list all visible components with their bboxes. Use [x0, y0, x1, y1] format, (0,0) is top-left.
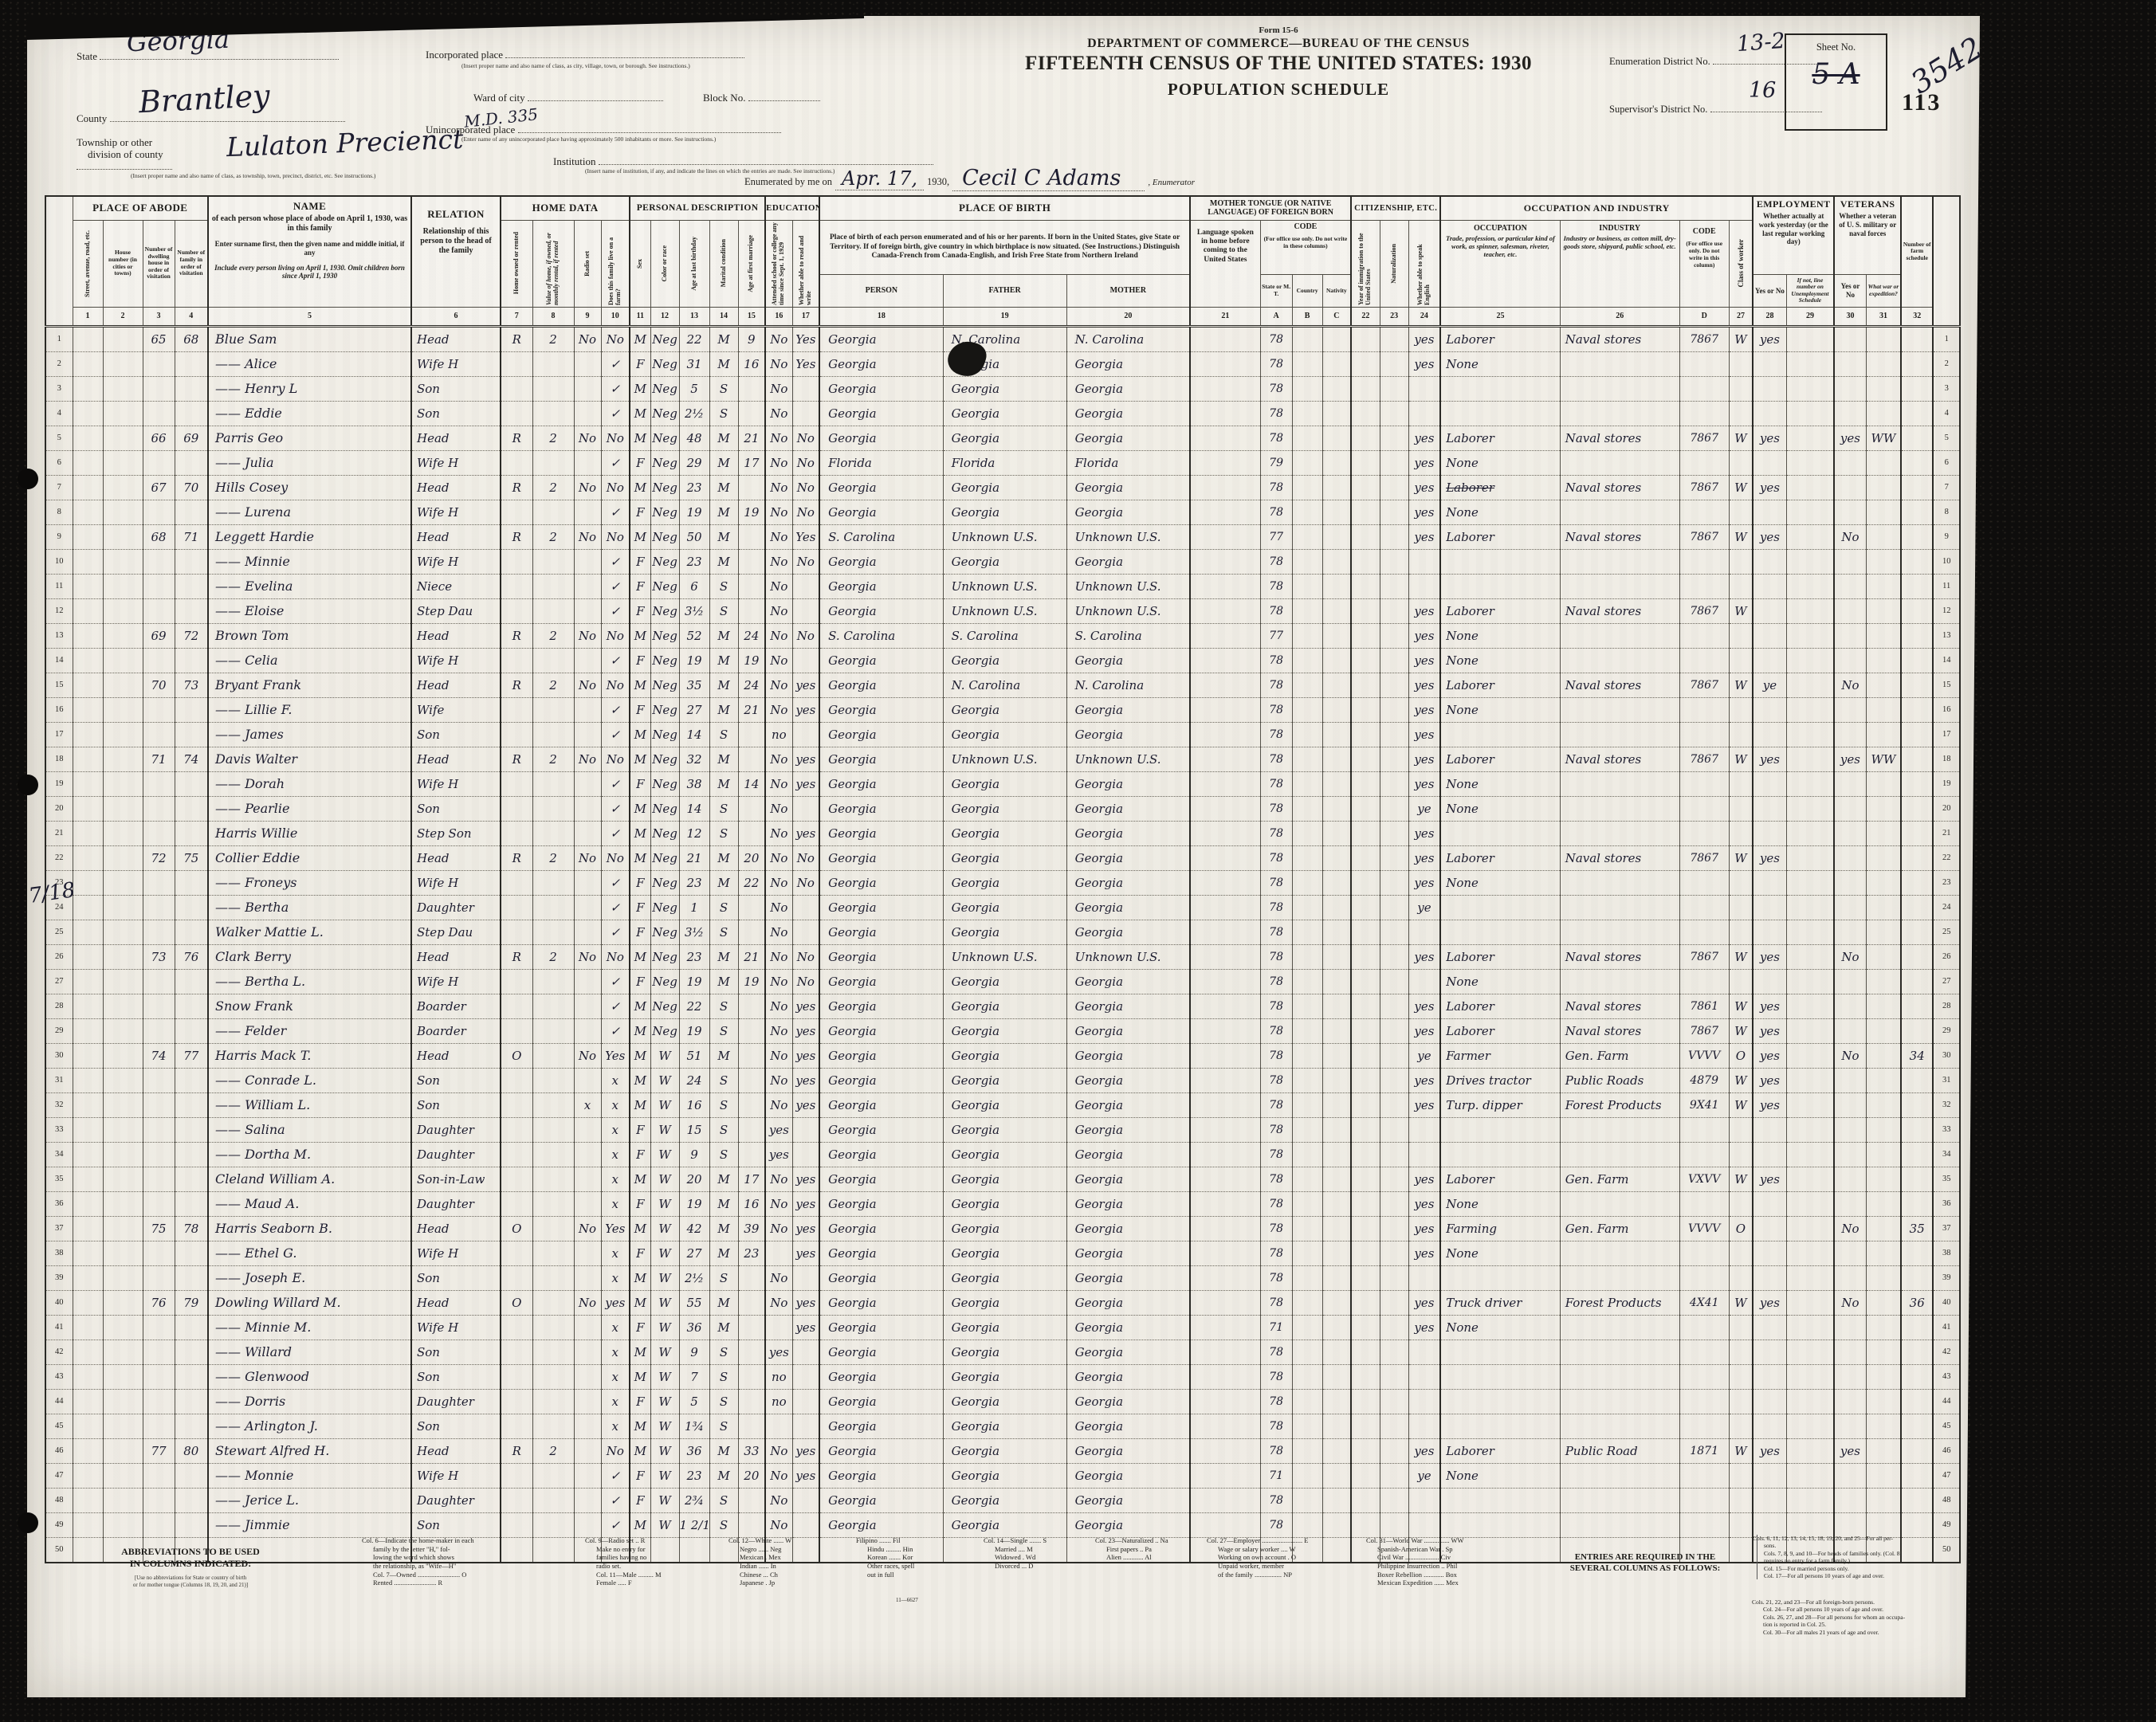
footnote-line: Filipino ....... Fil — [856, 1536, 914, 1545]
cell-relation: Head — [411, 1290, 501, 1315]
cell-relation: Daughter — [411, 1488, 501, 1512]
census-row: 24—— BerthaDaughter✓FNeg1SNoGeorgiaGeorg… — [45, 895, 1960, 920]
cell-cD — [1679, 1364, 1729, 1389]
cell-own — [501, 500, 532, 524]
cell-tongue — [1190, 771, 1260, 796]
cell-vet: yes — [1834, 747, 1866, 771]
cell-relation: Daughter — [411, 895, 501, 920]
cell-val — [532, 1043, 574, 1068]
cell-dw: 72 — [143, 845, 175, 870]
cell-pb: Georgia — [819, 845, 943, 870]
cell-fs — [1901, 1068, 1933, 1092]
cell-name: —— Minnie M. — [208, 1315, 411, 1340]
cell-fs — [1901, 1389, 1933, 1414]
cell-mb: Georgia — [1066, 475, 1190, 500]
line-number-right: 12 — [1933, 598, 1960, 623]
cell-age: 9 — [679, 1340, 709, 1364]
cell-dw — [143, 697, 175, 722]
footnote-line: tion is reported in Col. 25. — [1763, 1621, 1946, 1628]
cell-rw: yes — [792, 697, 819, 722]
cell-cB — [1292, 475, 1322, 500]
cell-uline — [1786, 598, 1834, 623]
cell-race: Neg — [650, 944, 679, 969]
cell-ind — [1560, 771, 1679, 796]
cell-pb: S. Carolina — [819, 623, 943, 648]
cell-sex: F — [630, 1463, 650, 1488]
cell-ind — [1560, 376, 1679, 401]
cell-val — [532, 1068, 574, 1092]
line-number-right: 9 — [1933, 524, 1960, 549]
department-title: DEPARTMENT OF COMMERCE—BUREAU OF THE CEN… — [920, 37, 1637, 51]
line-number-left: 29 — [45, 1018, 73, 1043]
cell-house — [103, 1167, 143, 1191]
cell-sex: F — [630, 870, 650, 895]
cell-imm — [1351, 1463, 1380, 1488]
cell-afm — [738, 1117, 765, 1142]
cell-mb: Georgia — [1066, 1018, 1190, 1043]
cell-afm — [738, 747, 765, 771]
cell-imm — [1351, 944, 1380, 969]
cell-mar: M — [709, 697, 738, 722]
cell-tongue — [1190, 673, 1260, 697]
cell-war — [1866, 969, 1901, 994]
cell-race: W — [650, 1488, 679, 1512]
cell-war — [1866, 722, 1901, 747]
cell-imm — [1351, 747, 1380, 771]
cell-house — [103, 1290, 143, 1315]
cell-cw — [1729, 1463, 1753, 1488]
cell-mar: S — [709, 401, 738, 426]
cell-sch: yes — [765, 1142, 792, 1167]
cell-st — [73, 1364, 103, 1389]
cell-eng: yes — [1408, 994, 1440, 1018]
cell-farm: x — [601, 1315, 630, 1340]
census-row: 25Walker Mattie L.Step Dau✓FNeg3½SNoGeor… — [45, 920, 1960, 944]
cell-sex: F — [630, 697, 650, 722]
cell-relation: Head — [411, 475, 501, 500]
cell-cw — [1729, 920, 1753, 944]
cell-cA: 78 — [1260, 1340, 1292, 1364]
cell-radio — [574, 598, 601, 623]
cell-fb: Unknown U.S. — [943, 747, 1066, 771]
cell-mar: S — [709, 994, 738, 1018]
cell-ind — [1560, 401, 1679, 426]
cell-uline — [1786, 1488, 1834, 1512]
cell-cB — [1292, 1315, 1322, 1340]
cell-relation: Son — [411, 796, 501, 821]
cell-st — [73, 351, 103, 376]
cell-fs — [1901, 771, 1933, 796]
cell-fb: Georgia — [943, 1364, 1066, 1389]
cell-name: —— Bertha — [208, 895, 411, 920]
cell-eng: yes — [1408, 1315, 1440, 1340]
cell-cw — [1729, 771, 1753, 796]
cell-pb: S. Carolina — [819, 524, 943, 549]
cell-imm — [1351, 524, 1380, 549]
cell-pb: Georgia — [819, 796, 943, 821]
line-number-right: 37 — [1933, 1216, 1960, 1241]
cell-sex: M — [630, 1340, 650, 1364]
cell-cB — [1292, 845, 1322, 870]
cell-cA: 78 — [1260, 796, 1292, 821]
cell-mar: M — [709, 326, 738, 351]
cell-pb: Georgia — [819, 1216, 943, 1241]
line-number-right: 45 — [1933, 1414, 1960, 1438]
cell-fb: Florida — [943, 450, 1066, 475]
cell-fs — [1901, 598, 1933, 623]
cell-fb: Unknown U.S. — [943, 598, 1066, 623]
sheet-number-box: Sheet No. 5 A — [1785, 33, 1887, 131]
cell-pb: Georgia — [819, 821, 943, 845]
cell-fb: Georgia — [943, 1438, 1066, 1463]
cell-sex: F — [630, 351, 650, 376]
column-number: 28 — [1753, 307, 1786, 326]
cell-mb: Georgia — [1066, 771, 1190, 796]
cell-sex: M — [630, 1438, 650, 1463]
cell-imm — [1351, 1018, 1380, 1043]
cell-afm: 23 — [738, 1241, 765, 1265]
cell-sch: No — [765, 648, 792, 673]
cell-st — [73, 771, 103, 796]
cell-house — [103, 747, 143, 771]
cell-fb: Georgia — [943, 1389, 1066, 1414]
cell-cB — [1292, 648, 1322, 673]
cell-cw — [1729, 697, 1753, 722]
cell-uline — [1786, 697, 1834, 722]
cell-mar: S — [709, 1018, 738, 1043]
line-number-left: 32 — [45, 1092, 73, 1117]
cell-rw: yes — [792, 1068, 819, 1092]
cell-house — [103, 870, 143, 895]
cell-imm — [1351, 326, 1380, 351]
cell-fb: Unknown U.S. — [943, 574, 1066, 598]
cell-war — [1866, 895, 1901, 920]
cell-tongue — [1190, 623, 1260, 648]
cell-ind: Public Roads — [1560, 1068, 1679, 1092]
cell-cw: W — [1729, 1290, 1753, 1315]
cell-house — [103, 969, 143, 994]
cell-cw — [1729, 1488, 1753, 1512]
cell-st — [73, 426, 103, 450]
cell-mar: S — [709, 376, 738, 401]
cell-work — [1753, 500, 1786, 524]
cell-fam: 79 — [175, 1290, 208, 1315]
cell-cC — [1322, 796, 1351, 821]
cell-vet — [1834, 1340, 1866, 1364]
cell-eng — [1408, 1364, 1440, 1389]
cell-cC — [1322, 598, 1351, 623]
cell-fb: Georgia — [943, 376, 1066, 401]
line-number-left: 39 — [45, 1265, 73, 1290]
cell-val: 2 — [532, 326, 574, 351]
cell-val — [532, 1414, 574, 1438]
cell-afm — [738, 1389, 765, 1414]
cell-house — [103, 944, 143, 969]
cell-fam — [175, 771, 208, 796]
cell-cB — [1292, 1117, 1322, 1142]
cell-fb: Georgia — [943, 1068, 1066, 1092]
cell-fb: Georgia — [943, 1142, 1066, 1167]
cell-eng: yes — [1408, 845, 1440, 870]
cell-race: Neg — [650, 994, 679, 1018]
cell-relation: Step Son — [411, 821, 501, 845]
cell-radio — [574, 500, 601, 524]
cell-race: Neg — [650, 1018, 679, 1043]
cell-tongue — [1190, 549, 1260, 574]
cell-house — [103, 1414, 143, 1438]
cell-dw — [143, 1389, 175, 1414]
cell-tongue — [1190, 1315, 1260, 1340]
cell-name: Snow Frank — [208, 994, 411, 1018]
census-row: 48—— Jerice L.Daughter✓FW2¾SNoGeorgiaGeo… — [45, 1488, 1960, 1512]
cell-age: 32 — [679, 747, 709, 771]
cell-house — [103, 895, 143, 920]
cell-house — [103, 722, 143, 747]
cell-cD: VVVV — [1679, 1043, 1729, 1068]
cell-race: W — [650, 1117, 679, 1142]
line-number-left: 8 — [45, 500, 73, 524]
cell-eng: yes — [1408, 598, 1440, 623]
cell-work — [1753, 549, 1786, 574]
cell-st — [73, 500, 103, 524]
cell-occ: None — [1440, 648, 1560, 673]
cell-imm — [1351, 598, 1380, 623]
footnote-line: First papers .. Pa — [1106, 1545, 1168, 1554]
cell-sch: No — [765, 673, 792, 697]
cell-relation: Head — [411, 524, 501, 549]
cell-pb: Georgia — [819, 426, 943, 450]
cell-vet — [1834, 1414, 1866, 1438]
cell-house — [103, 351, 143, 376]
cell-cw — [1729, 401, 1753, 426]
footnote-line: Civil War .................... Civ — [1377, 1553, 1464, 1562]
cell-sex: F — [630, 895, 650, 920]
line-number-left: 36 — [45, 1191, 73, 1216]
cell-fb: Georgia — [943, 1290, 1066, 1315]
cell-cD — [1679, 697, 1729, 722]
line-number-left: 26 — [45, 944, 73, 969]
cell-st — [73, 1068, 103, 1092]
cell-race: W — [650, 1315, 679, 1340]
cell-pb: Georgia — [819, 648, 943, 673]
cell-sex: M — [630, 1265, 650, 1290]
cell-mb: Florida — [1066, 450, 1190, 475]
cell-ind — [1560, 1142, 1679, 1167]
cell-vet — [1834, 895, 1866, 920]
cell-ind — [1560, 648, 1679, 673]
cell-mar: M — [709, 426, 738, 450]
footnote-col23: Col. 23—Naturalized .. NaFirst papers ..… — [1095, 1536, 1168, 1562]
column-occupation: OCCUPATION Trade, profession, or particu… — [1440, 220, 1560, 307]
cell-st — [73, 475, 103, 500]
cell-age: 31 — [679, 351, 709, 376]
cell-pb: Georgia — [819, 697, 943, 722]
cell-mb: Georgia — [1066, 1438, 1190, 1463]
group-place-of-birth: PLACE OF BIRTH — [819, 196, 1190, 220]
cell-cA: 78 — [1260, 821, 1292, 845]
cell-fam — [175, 1167, 208, 1191]
cell-cB — [1292, 1068, 1322, 1092]
cell-cC — [1322, 623, 1351, 648]
cell-ind — [1560, 351, 1679, 376]
cell-age: 19 — [679, 500, 709, 524]
cell-age: 12 — [679, 821, 709, 845]
cell-radio: x — [574, 1092, 601, 1117]
cell-vet — [1834, 1315, 1866, 1340]
cell-mar: M — [709, 1191, 738, 1216]
cell-work — [1753, 1315, 1786, 1340]
cell-nat — [1380, 1463, 1408, 1488]
cell-cD — [1679, 450, 1729, 475]
cell-val — [532, 1142, 574, 1167]
cell-mar: S — [709, 1414, 738, 1438]
line-number-right: 39 — [1933, 1265, 1960, 1290]
group-relation: RELATION Relationship of this person to … — [411, 196, 501, 307]
line-number-right: 35 — [1933, 1167, 1960, 1191]
county-value: Brantley — [138, 78, 271, 120]
cell-cw — [1729, 1142, 1753, 1167]
cell-nat — [1380, 524, 1408, 549]
cell-fs — [1901, 994, 1933, 1018]
cell-afm: 16 — [738, 1191, 765, 1216]
line-number-left: 38 — [45, 1241, 73, 1265]
cell-st — [73, 623, 103, 648]
cell-house — [103, 1438, 143, 1463]
cell-cD — [1679, 401, 1729, 426]
cell-farm: No — [601, 623, 630, 648]
cell-cA: 78 — [1260, 1191, 1292, 1216]
cell-val: 2 — [532, 475, 574, 500]
census-row: 12—— EloiseStep Dau✓FNeg3½SNoGeorgiaUnkn… — [45, 598, 1960, 623]
group-veterans: VETERANS Whether a veteran of U. S. mili… — [1834, 196, 1901, 275]
cell-race: Neg — [650, 722, 679, 747]
cell-imm — [1351, 500, 1380, 524]
cell-mar: M — [709, 870, 738, 895]
cell-mar: S — [709, 920, 738, 944]
cell-farm: ✓ — [601, 821, 630, 845]
cell-cw: W — [1729, 1018, 1753, 1043]
cell-dw — [143, 574, 175, 598]
cell-fb: Georgia — [943, 895, 1066, 920]
cell-cD — [1679, 574, 1729, 598]
column-number: 22 — [1351, 307, 1380, 326]
cell-fam: 72 — [175, 623, 208, 648]
cell-house — [103, 1241, 143, 1265]
cell-fs — [1901, 1340, 1933, 1364]
cell-farm: ✓ — [601, 648, 630, 673]
table-body: 16568Blue SamHeadR2NoNoMNeg22M9NoYesGeor… — [45, 326, 1960, 1563]
census-row: 157073Bryant FrankHeadR2NoNoMNeg35M24Noy… — [45, 673, 1960, 697]
cell-cw — [1729, 648, 1753, 673]
cell-ind — [1560, 623, 1679, 648]
line-number-right: 10 — [1933, 549, 1960, 574]
cell-val — [532, 1488, 574, 1512]
cell-cA: 78 — [1260, 870, 1292, 895]
unincorporated-place-label: Unincorporated place — [426, 121, 781, 136]
cell-dw: 69 — [143, 623, 175, 648]
cell-name: Clark Berry — [208, 944, 411, 969]
cell-name: —— Salina — [208, 1117, 411, 1142]
cell-dw — [143, 870, 175, 895]
cell-cC — [1322, 1364, 1351, 1389]
cell-own — [501, 1191, 532, 1216]
cell-work: yes — [1753, 326, 1786, 351]
cell-uline — [1786, 1191, 1834, 1216]
footnote-line: Married .... M — [995, 1545, 1047, 1554]
entries-required-title: ENTRIES ARE REQUIRED IN THE SEVERAL COLU… — [1541, 1552, 1749, 1575]
cell-own — [501, 969, 532, 994]
cell-eng: yes — [1408, 1092, 1440, 1117]
cell-relation: Son — [411, 376, 501, 401]
cell-st — [73, 673, 103, 697]
cell-fb: Georgia — [943, 426, 1066, 450]
cell-val — [532, 1340, 574, 1364]
cell-afm: 19 — [738, 500, 765, 524]
cell-sex: M — [630, 326, 650, 351]
column-naturalization: Naturalization — [1380, 220, 1408, 307]
cell-own — [501, 722, 532, 747]
cell-fam: 69 — [175, 426, 208, 450]
cell-mb: Georgia — [1066, 1117, 1190, 1142]
cell-rw: yes — [792, 1463, 819, 1488]
column-code-country: Country — [1292, 275, 1322, 307]
cell-radio — [574, 994, 601, 1018]
cell-ind — [1560, 969, 1679, 994]
cell-age: 38 — [679, 771, 709, 796]
cell-occ: Laborer — [1440, 1018, 1560, 1043]
cell-pb: Georgia — [819, 771, 943, 796]
column-sex: Sex — [630, 220, 650, 307]
cell-rw — [792, 376, 819, 401]
cell-occ: None — [1440, 969, 1560, 994]
column-veteran: Yes or No — [1834, 275, 1866, 307]
cell-afm — [738, 1488, 765, 1512]
township-note: (Insert proper name and also name of cla… — [131, 172, 375, 179]
line-number-right: 20 — [1933, 796, 1960, 821]
cell-val — [532, 1315, 574, 1340]
cell-cw — [1729, 1191, 1753, 1216]
cell-cD — [1679, 1488, 1729, 1512]
cell-dw — [143, 1018, 175, 1043]
cell-occ: Farming — [1440, 1216, 1560, 1241]
cell-tongue — [1190, 722, 1260, 747]
footnote-line: Divorced ... D — [995, 1562, 1047, 1571]
cell-name: Cleland William A. — [208, 1167, 411, 1191]
cell-war — [1866, 1092, 1901, 1117]
cell-fb: Georgia — [943, 1315, 1066, 1340]
cell-vet — [1834, 1167, 1866, 1191]
cell-dw — [143, 1241, 175, 1265]
cell-fb: Georgia — [943, 475, 1066, 500]
cell-age: 22 — [679, 326, 709, 351]
cell-radio — [574, 796, 601, 821]
cell-relation: Step Dau — [411, 920, 501, 944]
cell-occ — [1440, 895, 1560, 920]
cell-imm — [1351, 722, 1380, 747]
cell-mar: M — [709, 1315, 738, 1340]
cell-st — [73, 401, 103, 426]
cell-cB — [1292, 895, 1322, 920]
cell-name: Dowling Willard M. — [208, 1290, 411, 1315]
column-age-first-marriage: Age at first marriage — [738, 220, 765, 307]
cell-val: 2 — [532, 845, 574, 870]
cell-farm: No — [601, 475, 630, 500]
cell-farm: x — [601, 1389, 630, 1414]
column-number: 17 — [792, 307, 819, 326]
cell-fam — [175, 1191, 208, 1216]
cell-imm — [1351, 1414, 1380, 1438]
cell-work — [1753, 450, 1786, 475]
